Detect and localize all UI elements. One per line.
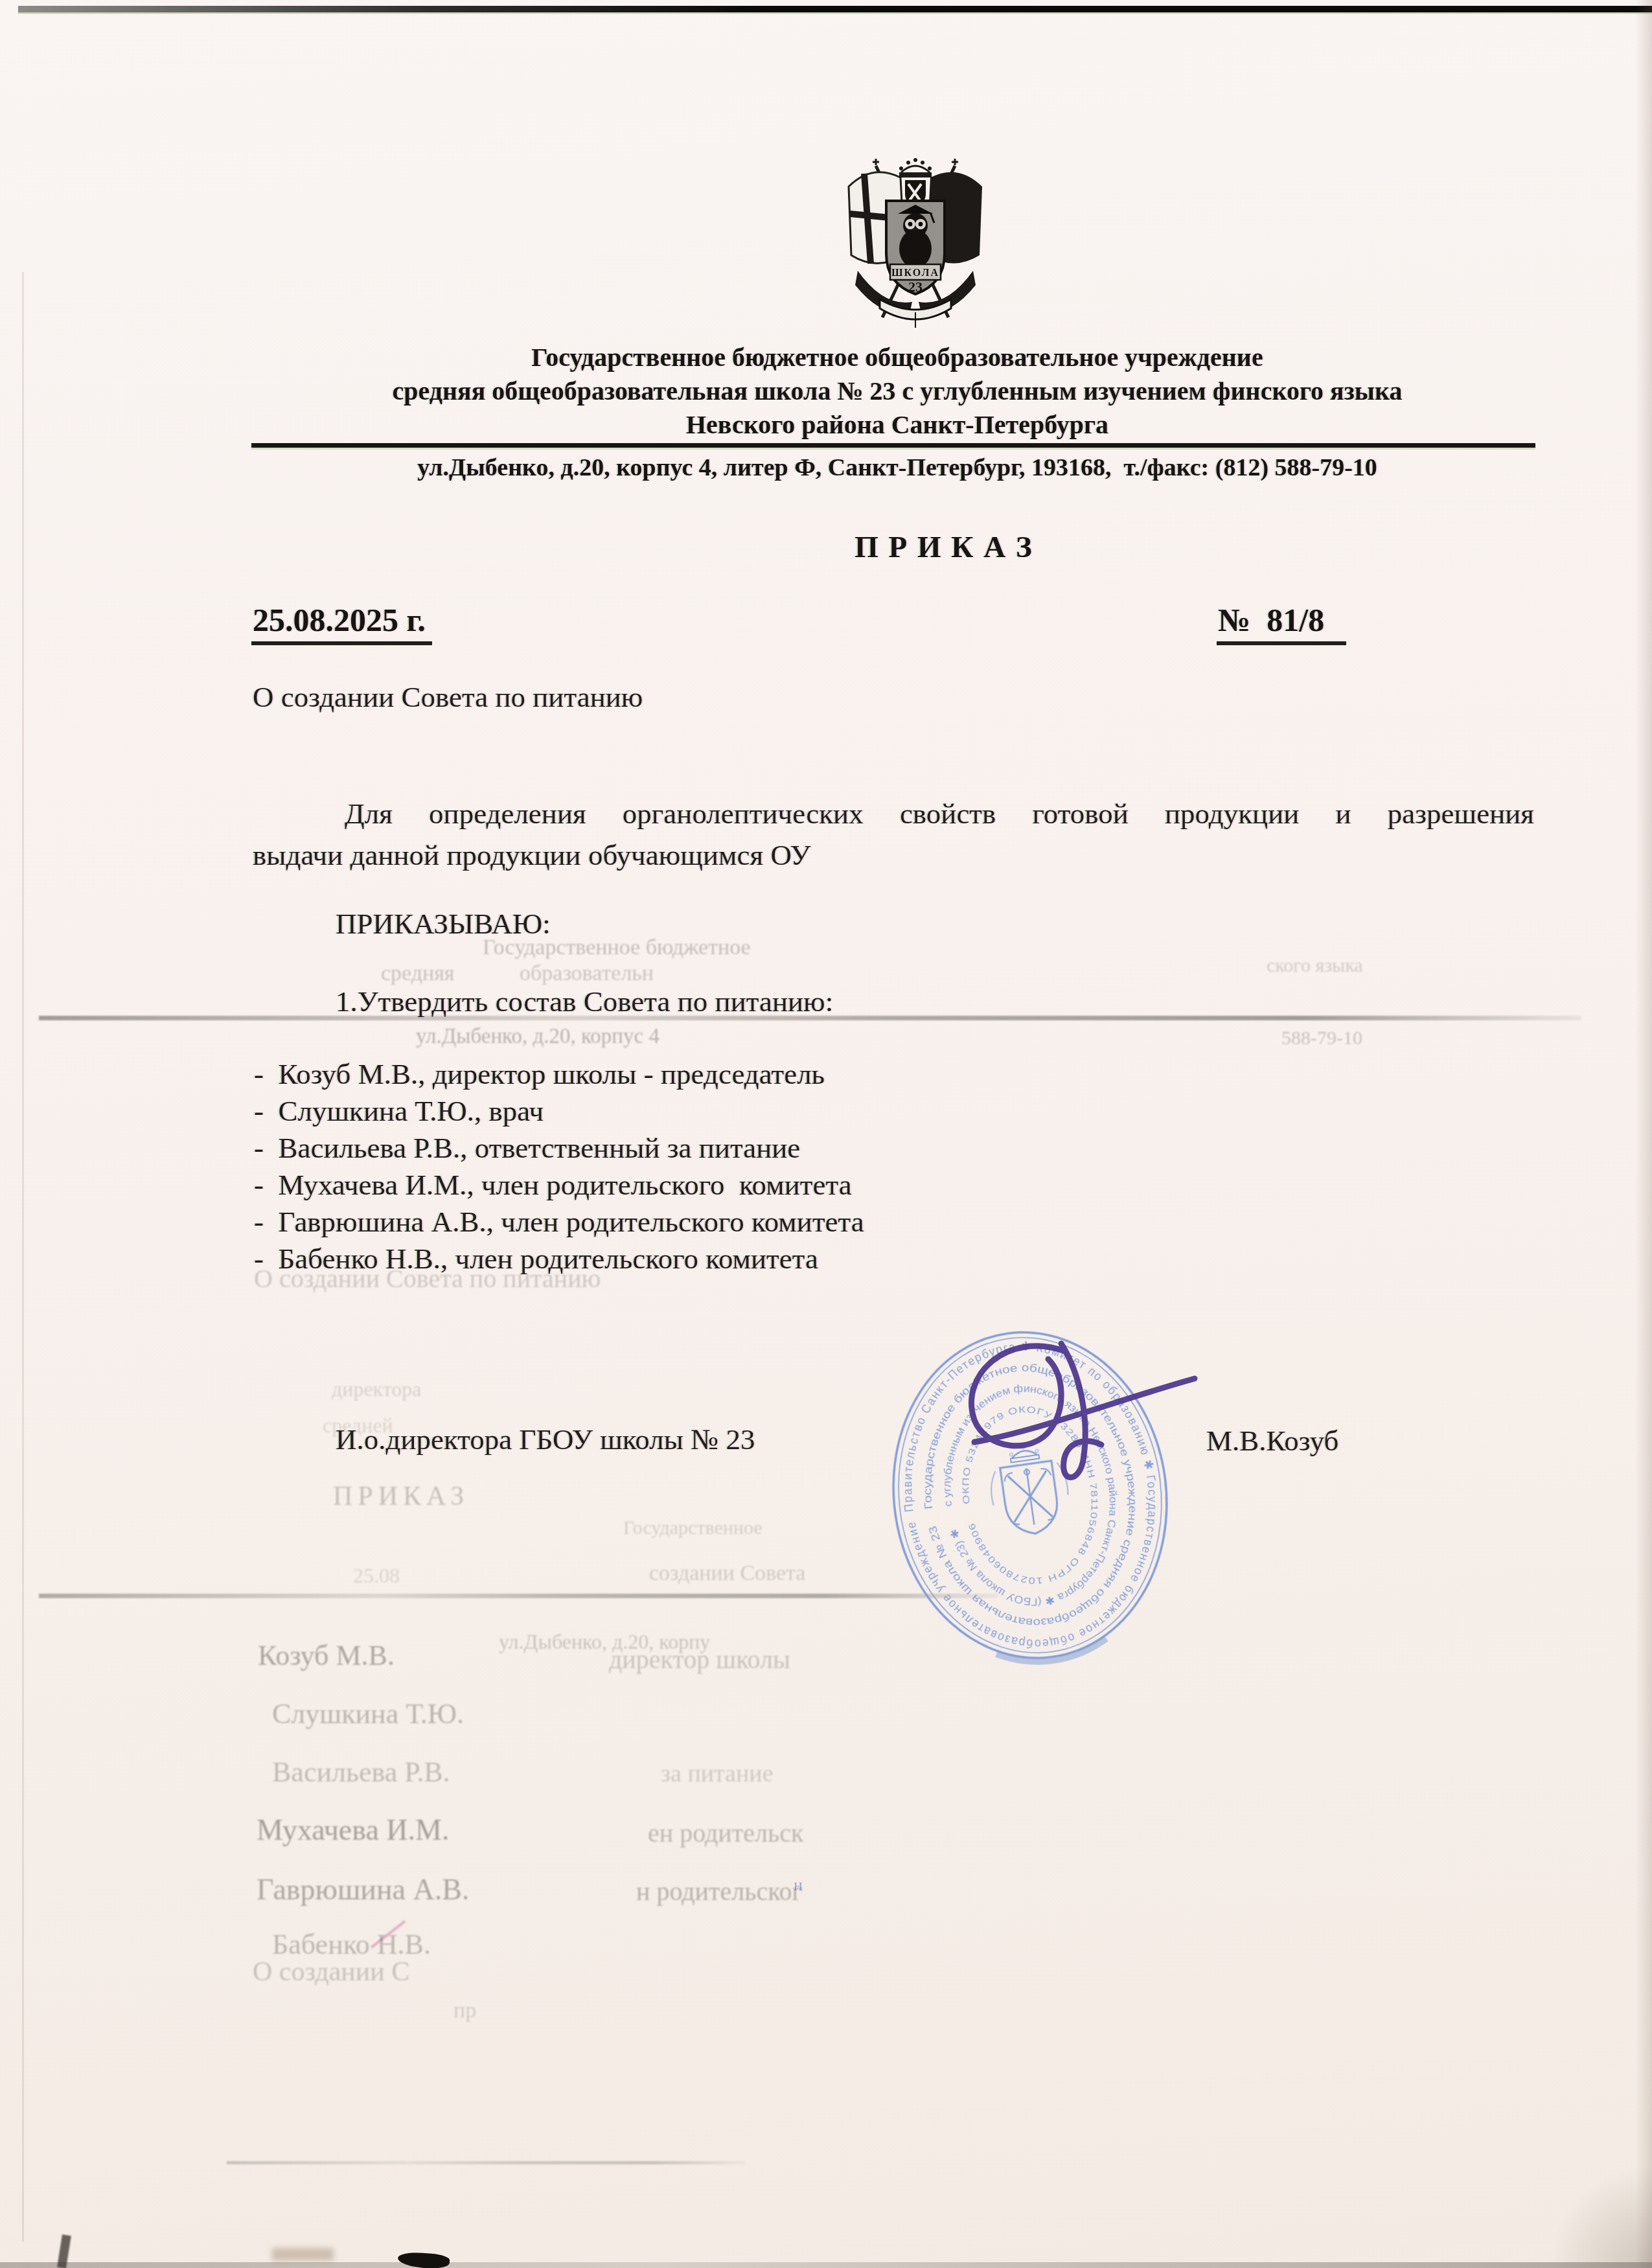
header-divider <box>251 443 1535 448</box>
bleedthrough-text: директора <box>332 1377 422 1401</box>
open-book-icon <box>880 299 951 328</box>
paper-fold-line <box>22 272 24 2241</box>
bleedthrough-text: ПРИКАЗ <box>333 1481 469 1512</box>
school-number: 23 <box>908 279 923 295</box>
bleedthrough-text: создании Совета <box>649 1561 805 1586</box>
bleedthrough-text: директор школы <box>609 1644 790 1675</box>
bleedthrough-text: ского языка <box>1267 955 1363 977</box>
preamble-line1: Для определения органолептических свойст… <box>253 797 1534 830</box>
council-member-row: - Васильева Р.В., ответственный за питан… <box>254 1131 800 1165</box>
bleedthrough-text: О создании С <box>253 1956 409 1987</box>
scanned-order-document: Государственное бюджетное средняя образо… <box>0 0 1652 2268</box>
order-title: П Р И К А З <box>299 530 1589 565</box>
org-name-line1: Государственное бюджетное общеобразовате… <box>253 342 1542 373</box>
bleedthrough-text: Слушкина Т.Ю. <box>272 1697 464 1730</box>
bleedthrough-text: Гаврюшина А.В. <box>257 1872 469 1907</box>
scan-bottom-edge <box>0 2262 1652 2268</box>
paper-stain <box>272 2248 334 2261</box>
scan-corner-shadow <box>1548 2164 1652 2268</box>
council-member-row: - Бабенко Н.В., член родительского комит… <box>254 1242 818 1276</box>
signatory-position: И.о.директора ГБОУ школы № 23 <box>336 1423 755 1456</box>
bleedthrough-text: Козуб М.В. <box>258 1639 395 1672</box>
council-member-row: - Слушкина Т.Ю., врач <box>254 1094 544 1128</box>
crown-icon <box>899 158 932 178</box>
bleedthrough-text: Мухачева И.М. <box>257 1813 449 1847</box>
school-emblem: ШКОЛА 23 <box>838 144 992 338</box>
bleedthrough-text: н родительског <box>636 1876 803 1907</box>
bleedthrough-text: 588-79-10 <box>1281 1027 1362 1049</box>
org-name-line3: Невского района Санкт-Петербурга <box>253 409 1542 441</box>
blue-ink-speck: н <box>794 1875 803 1895</box>
bleedthrough-text: средняя <box>381 961 455 986</box>
council-member-row: - Мухачева И.М., член родительского коми… <box>254 1168 852 1202</box>
order-item-1: 1.Утвердить состав Совета по питанию: <box>336 985 833 1018</box>
bleedthrough-text: ул.Дыбенко, д.20, корпус 4 <box>416 1025 660 1049</box>
bleedthrough-text: пр <box>453 1999 476 2023</box>
bleedthrough-line <box>227 2161 745 2164</box>
bleedthrough-text: за питание <box>661 1759 774 1788</box>
bleedthrough-line <box>39 1594 998 1598</box>
bleedthrough-text: Государственное <box>623 1517 763 1539</box>
scan-top-edge-band <box>18 6 1652 12</box>
org-name-line2: средняя общеобразовательная школа № 23 с… <box>253 376 1542 407</box>
council-member-row: - Козуб М.В., директор школы - председат… <box>254 1057 825 1091</box>
order-date: 25.08.2025 г. <box>251 601 432 645</box>
school-banner-label: ШКОЛА <box>891 268 939 279</box>
bleedthrough-text: 25.08 <box>353 1564 400 1588</box>
bleedthrough-text: ен родительск <box>648 1818 803 1848</box>
order-subject: О создании Совета по питанию <box>253 680 643 714</box>
org-address: ул.Дыбенко, д.20, корпус 4, литер Ф, Сан… <box>253 453 1542 482</box>
decree-word: ПРИКАЗЫВАЮ: <box>336 907 551 941</box>
bleedthrough-text: образовательн <box>520 961 654 986</box>
preamble-line2: выдачи данной продукции обучающимся ОУ <box>253 838 810 872</box>
handwritten-signature <box>941 1325 1213 1494</box>
order-number: № 81/8 <box>1217 601 1346 645</box>
council-member-row: - Гаврюшина А.В., член родительского ком… <box>254 1205 864 1239</box>
scan-right-shadow <box>1635 0 1652 2268</box>
bleedthrough-text: Васильева Р.В. <box>272 1756 450 1789</box>
signatory-name: М.В.Козуб <box>1206 1424 1338 1458</box>
